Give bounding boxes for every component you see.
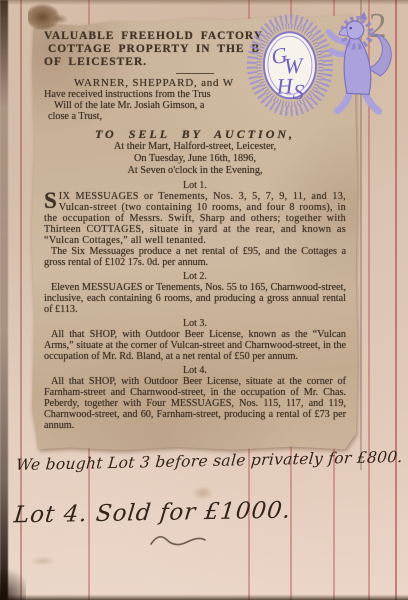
lot1-dropcap: S xyxy=(44,191,59,210)
handwritten-note-lot4: Lot 4. Sold for £1000. xyxy=(13,498,293,529)
page-corner-shadow xyxy=(0,560,26,600)
lot2-paragraph: Eleven MESSUAGES or Tenements, Nos. 55 t… xyxy=(44,282,346,315)
lot4-label: Lot 4. xyxy=(44,365,346,376)
lot1-rental-note: The Six Messuages produce a net rental o… xyxy=(44,246,346,268)
page-top-edge-shadow xyxy=(0,0,408,5)
auction-time: At Seven o'clock in the Evening, xyxy=(44,165,346,177)
monogram-letter-s: S xyxy=(292,79,305,105)
heraldic-lion-icon xyxy=(328,11,393,113)
small-stain xyxy=(52,14,68,24)
lot3-label: Lot 3. xyxy=(44,318,346,329)
lot1-label: Lot 1. xyxy=(44,180,346,191)
auction-date: On Tuesday, June 16th, 1896, xyxy=(44,153,346,165)
ledger-page: VALUABLE FREEHOLD FACTORY COTTAGE PROPER… xyxy=(0,0,408,600)
lot3-paragraph: All that SHOP, with Outdoor Beer License… xyxy=(44,329,346,362)
lot1-paragraph: SIX MESSUAGES or Tenements, Nos. 3, 5, 7… xyxy=(44,191,346,246)
headline-divider xyxy=(176,73,214,74)
ink-squiggle xyxy=(148,532,212,550)
lot1-body: IX MESSUAGES or Tenements, Nos. 3, 5, 7,… xyxy=(44,191,346,246)
gwhs-watermark: G W H S xyxy=(242,1,408,132)
handwritten-note-lot3: We bought Lot 3 before sale privately fo… xyxy=(15,448,403,474)
page-left-edge-shadow xyxy=(0,0,8,600)
monogram-letter-h: H xyxy=(275,73,294,99)
ink-smudge xyxy=(192,486,214,500)
faint-smudge xyxy=(30,556,56,566)
page-bottom-edge-shadow xyxy=(0,594,408,600)
watermark-graphic: G W H S xyxy=(242,1,408,127)
lot4-paragraph: All that SHOP, with Outdoor Beer License… xyxy=(44,376,346,431)
lot2-label: Lot 2. xyxy=(44,271,346,282)
auction-venue: At their Mart, Halford-street, Leicester… xyxy=(44,141,346,153)
